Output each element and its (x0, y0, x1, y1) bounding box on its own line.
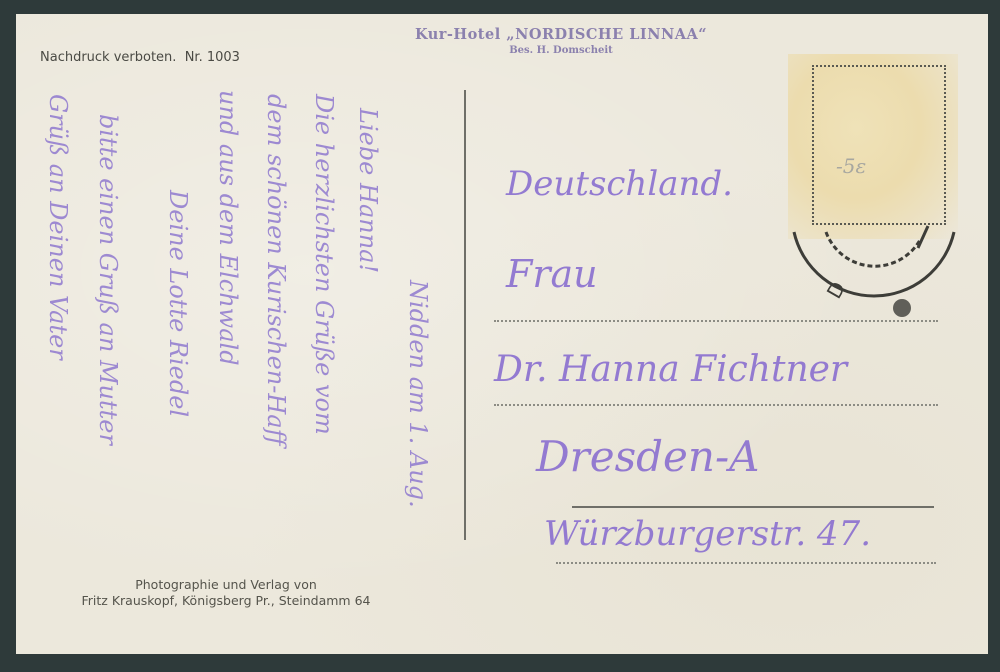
publisher-imprint: Photographie und Verlag von Fritz Krausk… (16, 577, 436, 609)
hotel-rubber-stamp: Kur-Hotel „NORDISCHE LINNAA“ Bes. H. Dom… (371, 26, 751, 56)
address-country: Deutschland. (506, 164, 733, 204)
message-line: Liebe Hanna! (354, 108, 382, 273)
address-line-3 (556, 562, 936, 564)
address-salutation: Frau (506, 252, 598, 296)
address-line-1 (494, 320, 938, 322)
address-city: Dresden-A (536, 432, 759, 481)
address-line-2 (494, 404, 938, 406)
message-line: dem schönen Kurischen-Haff (262, 94, 290, 446)
center-divider (464, 90, 466, 540)
address-street: Würzburgerstr. 47. (544, 514, 871, 554)
message-line: und aus dem Elchwald (214, 90, 242, 366)
message-line: Nidden am 1. Aug. (404, 280, 432, 508)
hotel-name: Kur-Hotel „NORDISCHE LINNAA“ (371, 26, 751, 43)
handwritten-message: Nidden am 1. Aug. Liebe Hanna! Die herzl… (20, 54, 440, 614)
message-line: bitte einen Gruß an Mutter (94, 114, 122, 445)
publisher-line-2: Fritz Krauskopf, Königsberg Pr., Steinda… (16, 593, 436, 609)
address-name: Dr. Hanna Fichtner (494, 349, 847, 390)
publisher-line-1: Photographie und Verlag von (16, 577, 436, 593)
pencil-note: -5ε (836, 154, 866, 178)
message-line: Die herzlichsten Grüße vom (310, 94, 338, 435)
message-line: Grüß an Deinen Vater (44, 94, 72, 360)
postcard-back: Nachdruck verboten. Nr. 1003 Kur-Hotel „… (16, 14, 988, 654)
postmark-icon: D (788, 186, 962, 324)
message-line: Deine Lotte Riedel (164, 190, 192, 417)
address-city-underline (572, 506, 934, 508)
